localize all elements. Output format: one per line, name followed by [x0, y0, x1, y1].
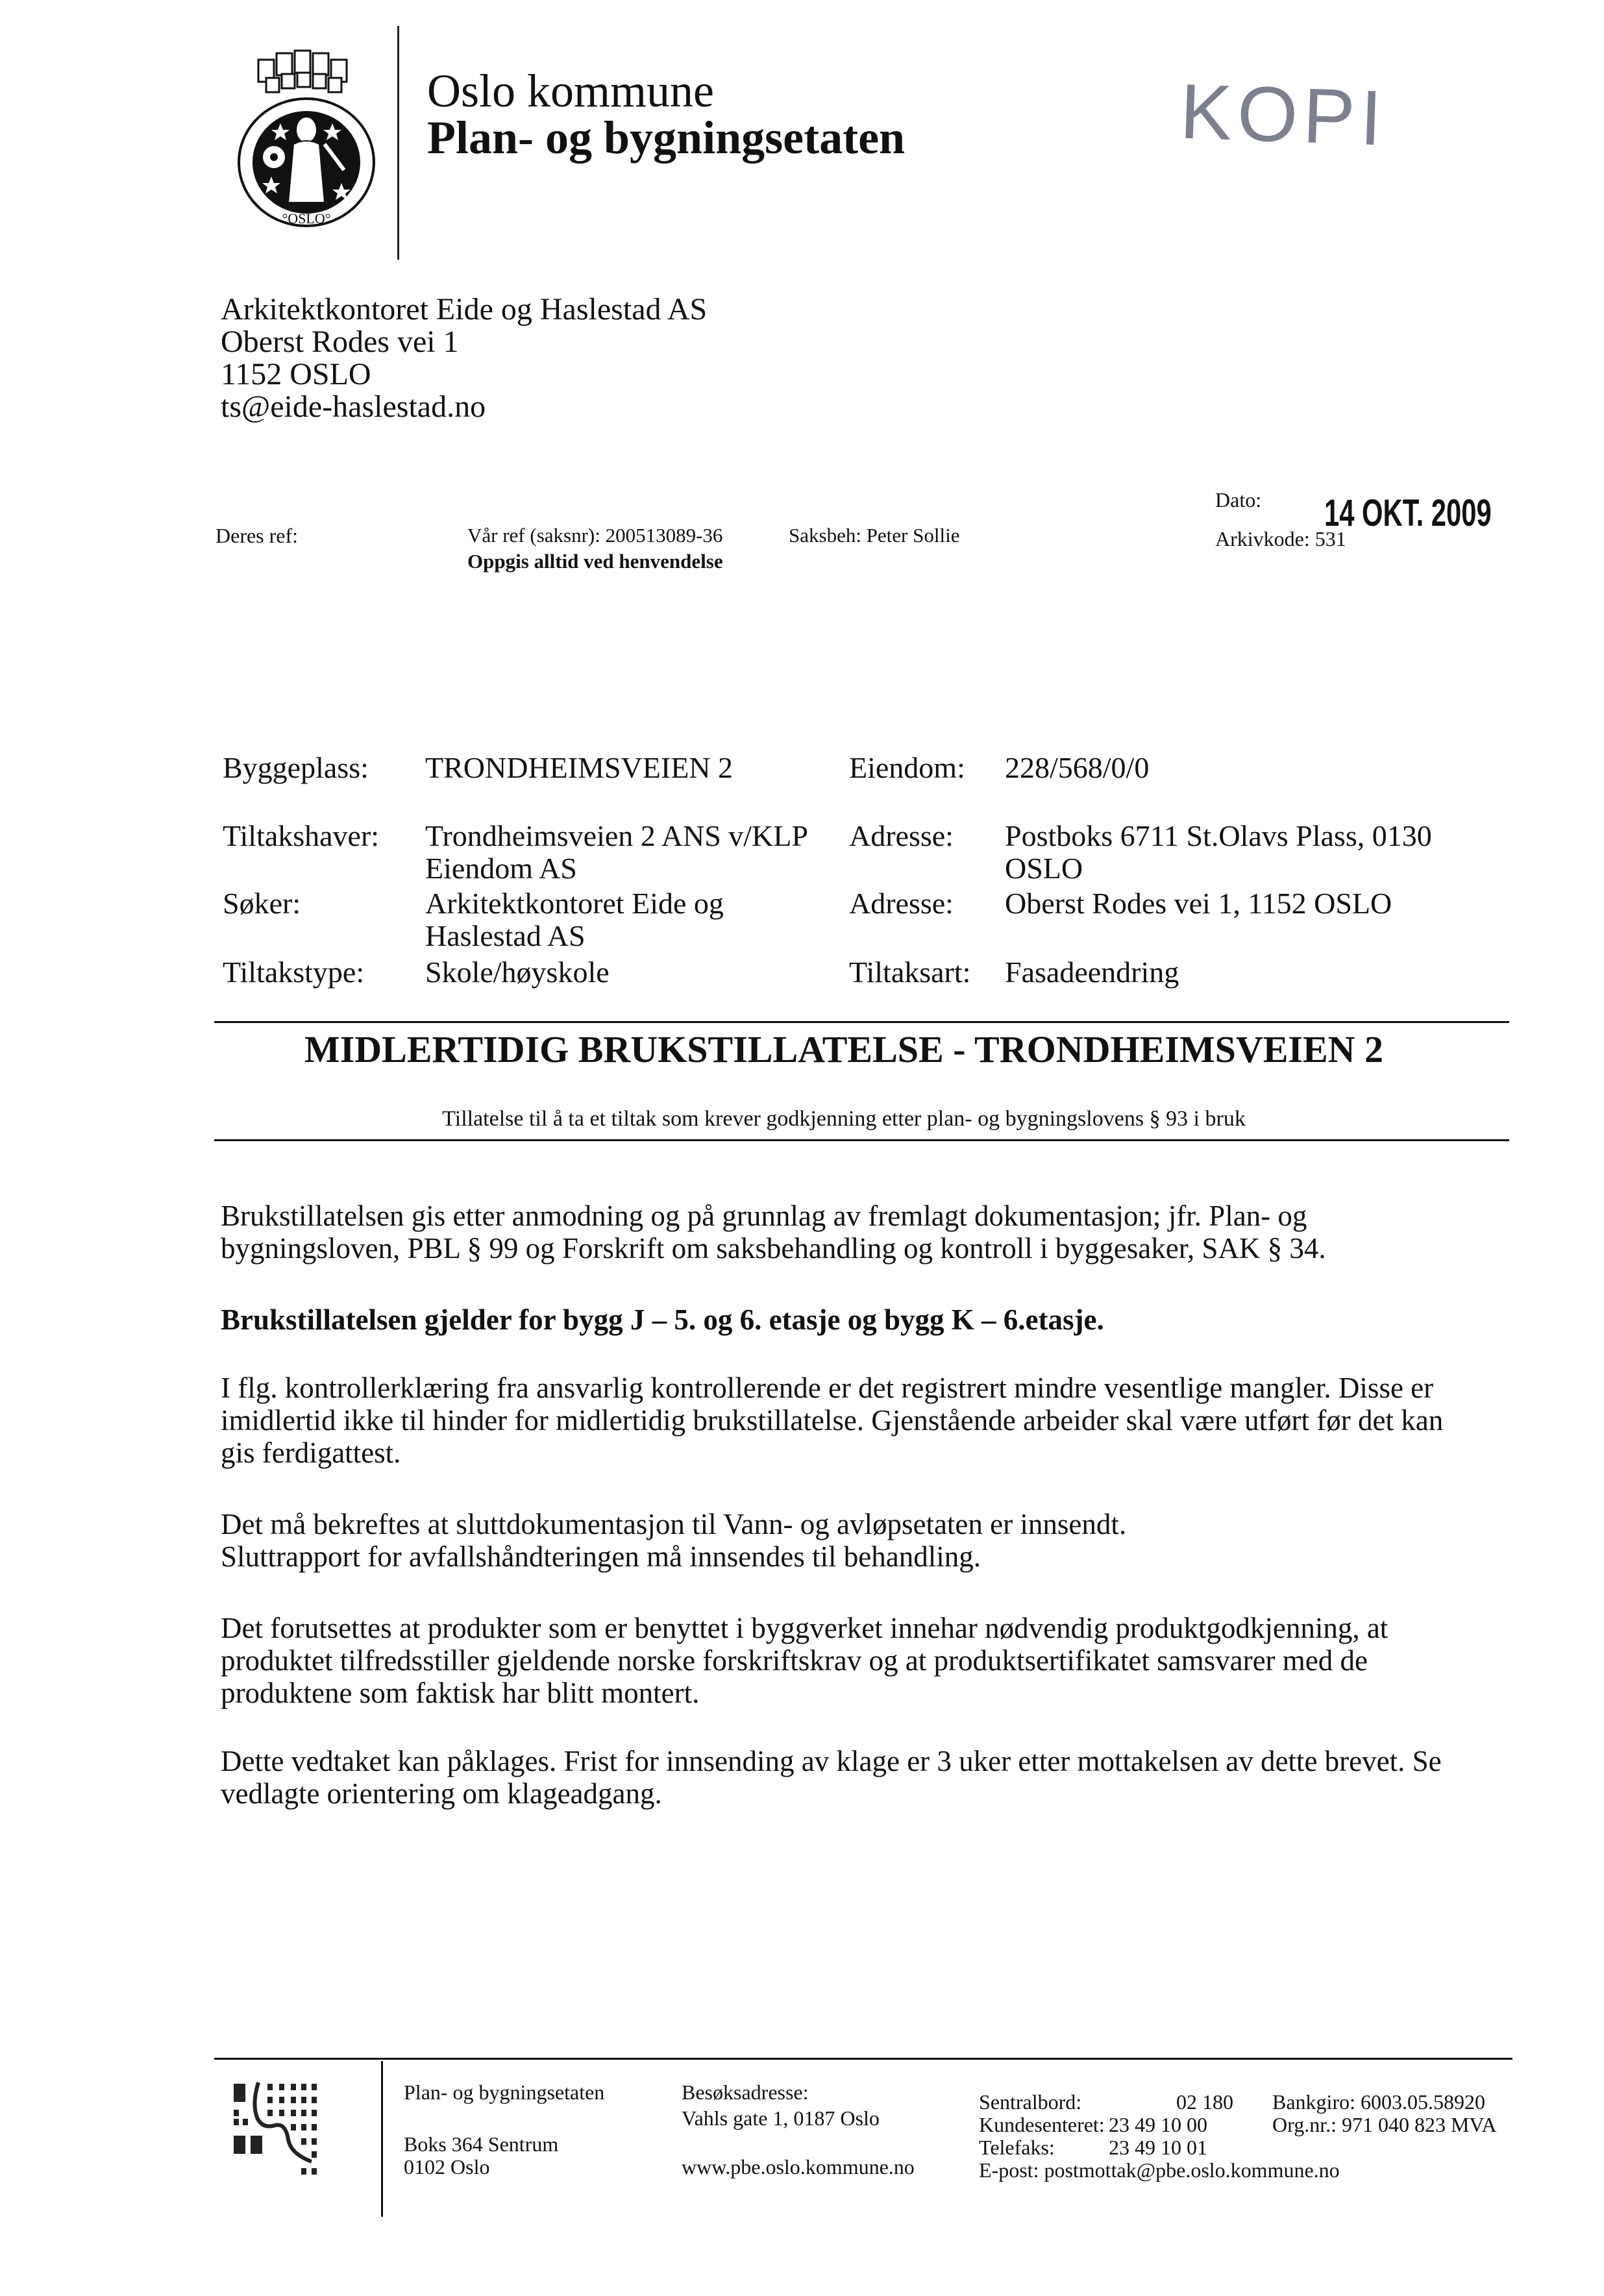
footer-email-link[interactable]: E-post: postmottak@pbe.oslo.kommune.no [979, 2158, 1340, 2182]
footer-visit-address: Vahls gate 1, 0187 Oslo [682, 2106, 880, 2130]
footer-org: Plan- og bygningsetaten [404, 2080, 604, 2104]
tiltakshaver-value-line1: Trondheimsveien 2 ANS v/KLP [425, 820, 808, 852]
var-ref-note: Oppgis alltid ved henvendelse [467, 550, 723, 573]
footer-visit-label: Besøksadresse: [682, 2080, 809, 2104]
svg-text:°OSLO°: °OSLO° [282, 210, 330, 227]
paragraph-line: Det må bekreftes at sluttdokumentasjon t… [221, 1508, 1506, 1540]
paragraph-line: Brukstillatelsen gis etter anmodning og … [221, 1200, 1506, 1232]
eiendom-label: Eiendom: [849, 752, 965, 784]
saksbehandler: Saksbeh: Peter Sollie [789, 524, 959, 547]
footer-post-city: 0102 Oslo [404, 2155, 489, 2179]
department-name: Plan- og bygningsetaten [427, 112, 905, 164]
footer-divider [381, 2061, 383, 2217]
paragraph-line: vedlagte orientering om klageadgang. [221, 1777, 1506, 1810]
tiltakshaver-adresse-line2: OSLO [1005, 852, 1083, 885]
paragraph-line: produktet tilfredsstiller gjeldende nors… [221, 1644, 1506, 1677]
document-title: MIDLERTIDIG BRUKSTILLATELSE - TRONDHEIMS… [221, 1028, 1467, 1071]
footer-rule [214, 2058, 1512, 2060]
soker-value-line2: Haslestad AS [425, 920, 586, 952]
tiltaksart-value: Fasadeendring [1005, 956, 1179, 989]
tiltakshaver-value-line2: Eiendom AS [425, 852, 577, 885]
paragraph-line: gis ferdigattest. [221, 1437, 1506, 1469]
soker-adresse-label: Adresse: [849, 887, 954, 920]
org-name: Oslo kommune [427, 65, 714, 117]
footer-website-link[interactable]: www.pbe.oslo.kommune.no [682, 2155, 915, 2179]
tiltakstype-value: Skole/høyskole [425, 956, 610, 989]
tiltakshaver-label: Tiltakshaver: [223, 820, 379, 852]
recipient-street: Oberst Rodes vei 1 [221, 326, 707, 358]
soker-value-line1: Arkitektkontoret Eide og [425, 887, 724, 920]
pbe-logo-icon [221, 2077, 364, 2181]
copy-stamp: KOPI [1179, 66, 1388, 163]
sentralbord-label: Sentralbord: [979, 2090, 1081, 2114]
var-ref: Vår ref (saksnr): 200513089-36 [467, 524, 722, 547]
paragraph-line: Brukstillatelsen gjelder for bygg J – 5.… [221, 1303, 1506, 1336]
paragraph-line: imidlertid ikke til hinder for midlertid… [221, 1404, 1506, 1437]
paragraph-defects: I flg. kontrollerklæring fra ansvarlig k… [221, 1372, 1506, 1469]
recipient-company: Arkitektkontoret Eide og Haslestad AS [221, 293, 707, 326]
kundesenter-label: Kundesenteret: [979, 2113, 1105, 2136]
byggeplass-value: TRONDHEIMSVEIEN 2 [425, 752, 733, 784]
paragraph-line: I flg. kontrollerklæring fra ansvarlig k… [221, 1372, 1506, 1404]
paragraph-line: Sluttrapport for avfallshåndteringen må … [221, 1540, 1506, 1573]
telefaks-label: Telefaks: [979, 2136, 1055, 2159]
org-number: Org.nr.: 971 040 823 MVA [1272, 2113, 1497, 2136]
paragraph-line: bygningsloven, PBL § 99 og Forskrift om … [221, 1232, 1506, 1265]
kundesenter-number: 23 49 10 00 [1109, 2113, 1207, 2136]
paragraph-line: produktene som faktisk har blitt montert… [221, 1677, 1506, 1709]
recipient-postcode: 1152 OSLO [221, 358, 707, 391]
title-top-rule [214, 1021, 1509, 1023]
date-stamp: 14 OKT. 2009 [1324, 491, 1492, 535]
recipient-email: ts@eide-haslestad.no [221, 391, 707, 423]
title-bottom-rule [214, 1139, 1509, 1141]
dato-label: Dato: [1215, 488, 1261, 512]
paragraph-line: Dette vedtaket kan påklages. Frist for i… [221, 1745, 1506, 1777]
paragraph-legal-basis: Brukstillatelsen gis etter anmodning og … [221, 1200, 1506, 1265]
paragraph-products: Det forutsettes at produkter som er beny… [221, 1612, 1506, 1709]
soker-label: Søker: [223, 887, 301, 920]
paragraph-documentation: Det må bekreftes at sluttdokumentasjon t… [221, 1508, 1506, 1573]
eiendom-value: 228/568/0/0 [1005, 752, 1149, 784]
tiltakshaver-adresse-label: Adresse: [849, 820, 954, 852]
pbe-logo [221, 2077, 364, 2168]
sentralbord-number: 02 180 [1142, 2090, 1233, 2114]
oslo-city-seal-logo: °OSLO° [234, 47, 383, 228]
arkivkode: Arkivkode: 531 [1215, 527, 1346, 551]
document-subtitle: Tillatelse til å ta et tiltak som krever… [221, 1107, 1467, 1131]
tiltaksart-label: Tiltaksart: [849, 956, 970, 989]
tiltakstype-label: Tiltakstype: [223, 956, 364, 989]
telefaks-number: 23 49 10 01 [1109, 2136, 1207, 2159]
byggeplass-label: Byggeplass: [223, 752, 369, 784]
header-divider [397, 26, 399, 260]
paragraph-line: Det forutsettes at produkter som er beny… [221, 1612, 1506, 1644]
paragraph-scope: Brukstillatelsen gjelder for bygg J – 5.… [221, 1303, 1506, 1336]
bankgiro: Bankgiro: 6003.05.58920 [1272, 2090, 1485, 2114]
footer-postbox: Boks 364 Sentrum [404, 2132, 558, 2156]
paragraph-appeal: Dette vedtaket kan påklages. Frist for i… [221, 1745, 1506, 1810]
tiltakshaver-adresse-line1: Postboks 6711 St.Olavs Plass, 0130 [1005, 820, 1432, 852]
soker-adresse-value: Oberst Rodes vei 1, 1152 OSLO [1005, 887, 1392, 920]
recipient-address: Arkitektkontoret Eide og Haslestad AS Ob… [221, 293, 707, 423]
deres-ref-label: Deres ref: [216, 524, 298, 548]
city-seal-icon: °OSLO° [234, 47, 383, 228]
